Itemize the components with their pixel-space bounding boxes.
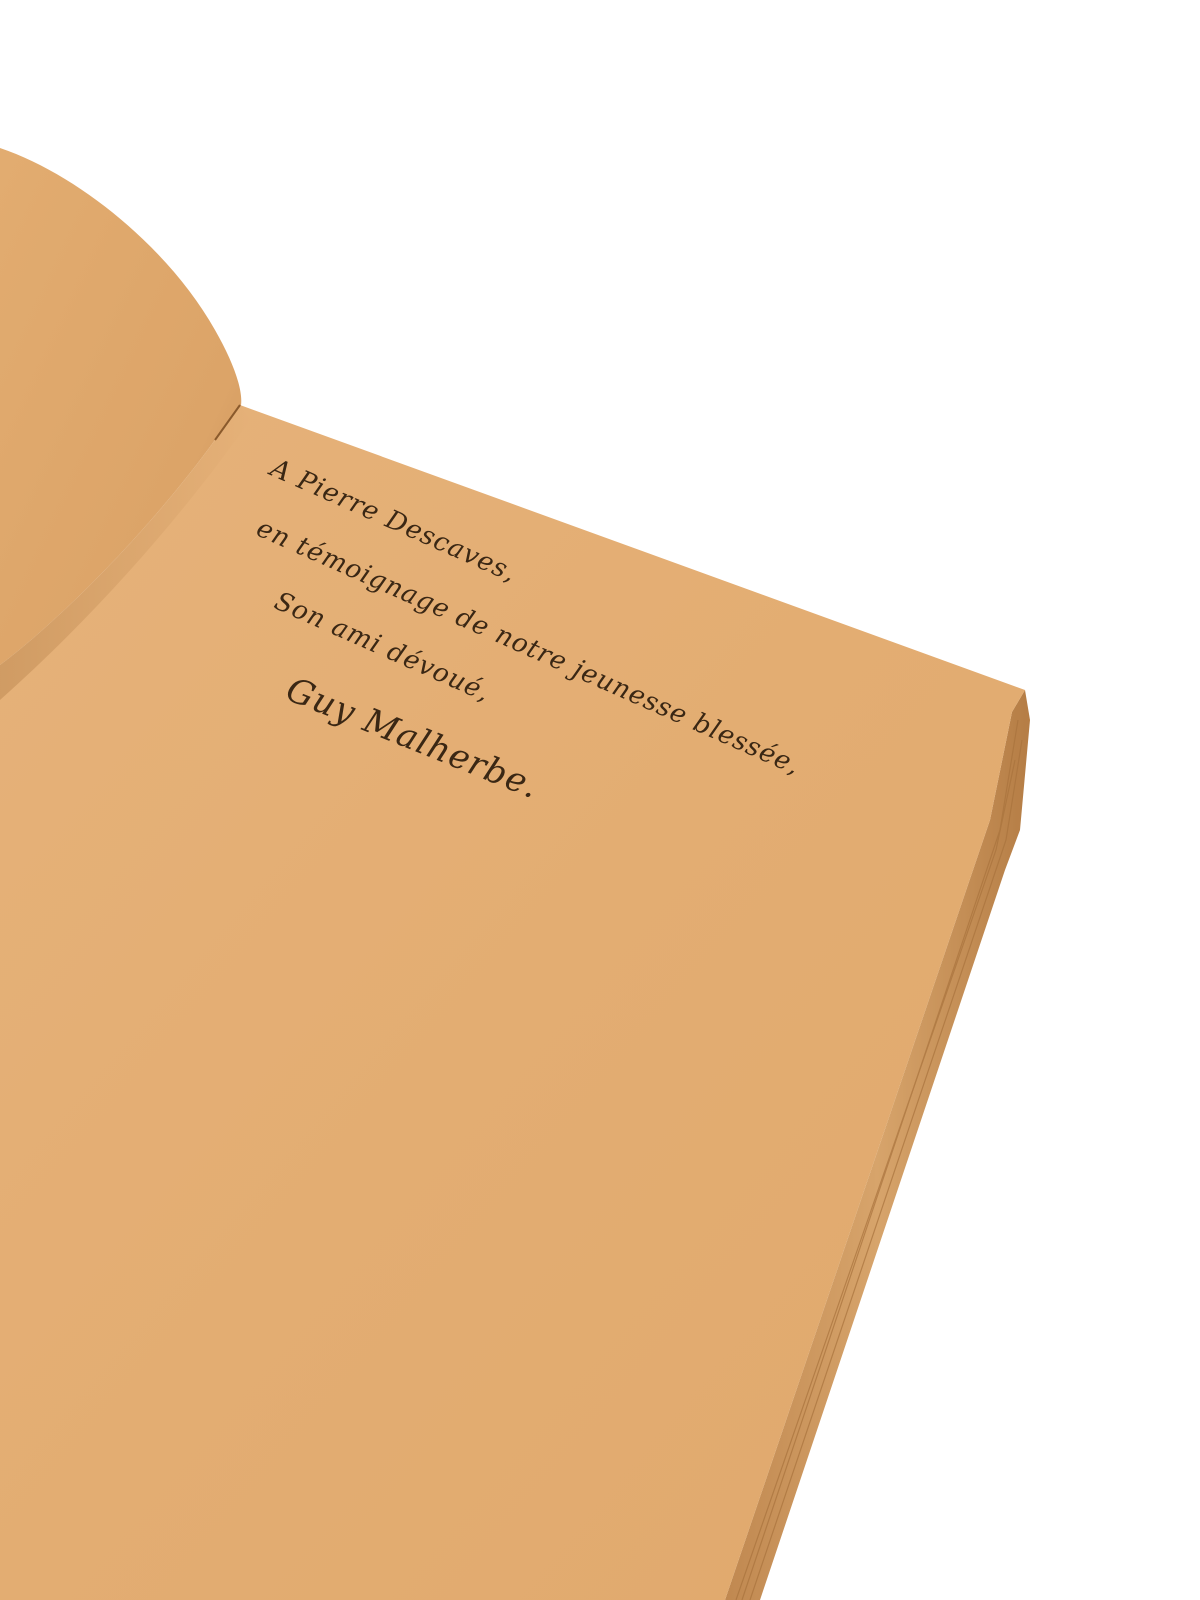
open-book bbox=[0, 0, 1200, 1600]
right-page bbox=[0, 405, 1025, 1600]
photo-scene: A Pierre Descaves, en témoignage de notr… bbox=[0, 0, 1200, 1600]
